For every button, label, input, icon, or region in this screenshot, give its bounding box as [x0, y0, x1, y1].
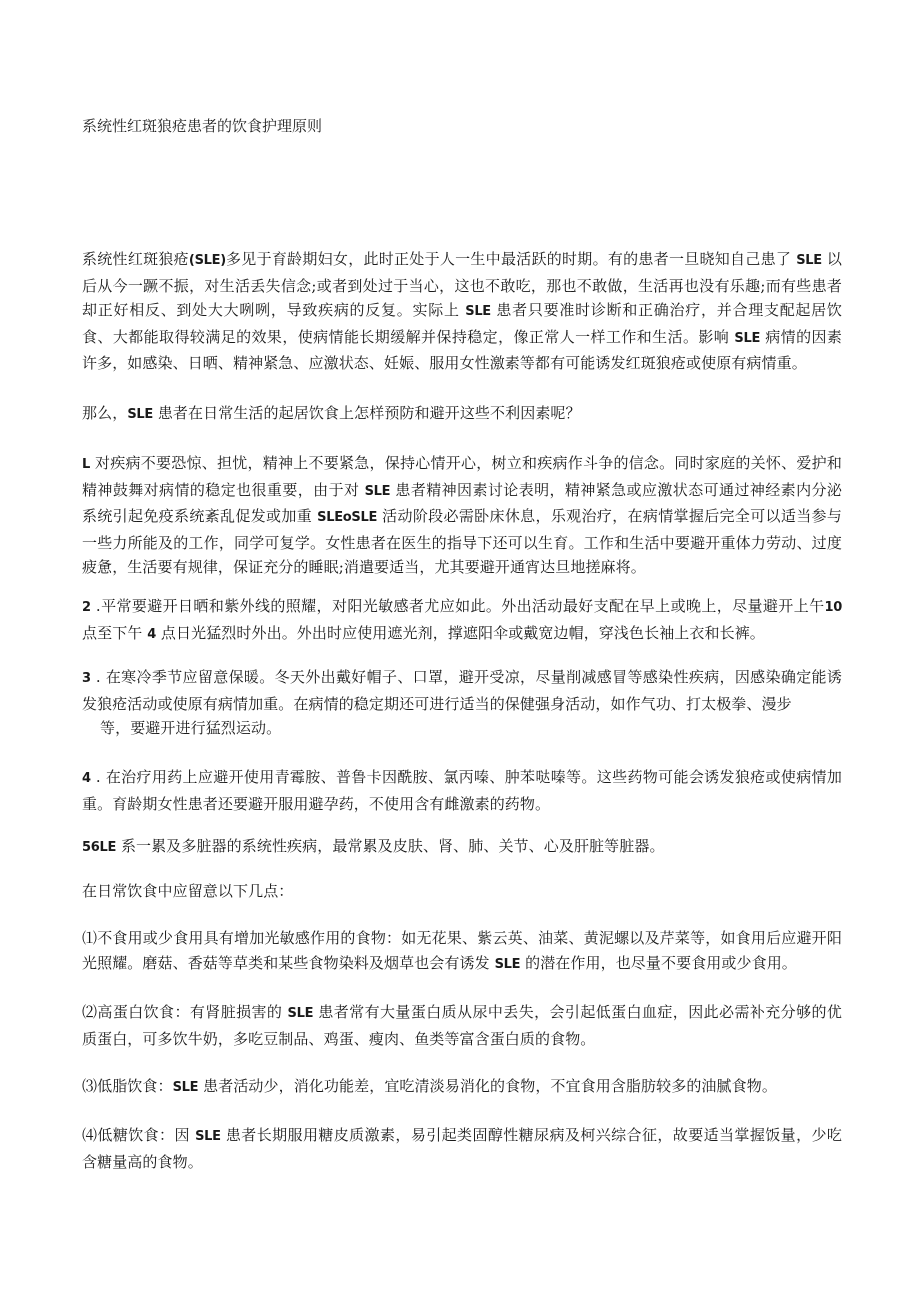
bold-term: 10 [825, 600, 843, 615]
text: ⑷低糖饮食：因 [82, 1126, 190, 1144]
list-number: L [82, 457, 90, 472]
text: 等，要避开进行猛烈运动。 [82, 716, 842, 741]
paragraph-item-5: 56LE 系一累及多脏器的系统性疾病，最常累及皮肤、肾、肺、关节、心及肝脏等脏器… [82, 834, 842, 861]
bold-term: SLE [465, 304, 491, 319]
list-number: 4 [82, 771, 91, 786]
text: ⑶低脂饮食： [82, 1077, 173, 1095]
bold-term: SLEoSLE [317, 510, 377, 525]
bold-term: 4 [147, 627, 156, 642]
paragraph-diet-intro: 在日常饮食中应留意以下几点： [82, 879, 842, 904]
text: 患者活动少，消化功能差，宜吃清淡易消化的食物，不宜食用含脂肪较多的油腻食物。 [203, 1077, 777, 1095]
bold-term: SLE [288, 1006, 314, 1021]
list-number: 3 [82, 671, 91, 686]
bold-term: (SLE) [189, 253, 226, 268]
text: 患者在日常生活的起居饮食上怎样预防和避开这些不利因素呢？ [158, 404, 581, 422]
paragraph-item-2: 2 .平常要避开日晒和紫外线的照耀，对阳光敏感者尤应如此。外出活动最好支配在早上… [82, 594, 842, 647]
list-number: 56LE [82, 840, 116, 855]
bold-term: SLE [495, 957, 521, 972]
text: 多见于育龄期妇女，此时正处于人一生中最活跃的时期。有的患者一旦晓知自己患了 [226, 250, 791, 268]
paragraph-item-1: L 对疾病不要恐惊、担忧，精神上不要紧急，保持心情开心，树立和疾病作斗争的信念。… [82, 451, 842, 580]
text: 系一累及多脏器的系统性疾病，最常累及皮肤、肾、肺、关节、心及肝脏等脏器。 [121, 837, 665, 855]
text: . 在寒冷季节应留意保暖。冬天外出戴好帽子、口罩，避开受凉，尽量削减感冒等感染性… [82, 668, 842, 713]
text: 系统性红斑狼疮 [82, 250, 189, 268]
bold-term: SLE [796, 253, 822, 268]
paragraph-item-3: 3 . 在寒冷季节应留意保暖。冬天外出戴好帽子、口罩，避开受凉，尽量削减感冒等感… [82, 665, 842, 741]
text: 的潜在作用，也尽量不要食用或少食用。 [525, 954, 797, 972]
list-number: 2 [82, 600, 91, 615]
bold-term: SLE [173, 1080, 199, 1095]
text: 在日常饮食中应留意以下几点： [82, 882, 293, 900]
paragraph-diet-2: ⑵高蛋白饮食：有肾脏损害的 SLE 患者常有大量蛋白质从尿中丢失，会引起低蛋白血… [82, 1000, 842, 1051]
bold-term: SLE [734, 331, 760, 346]
paragraph-item-4: 4 . 在治疗用药上应避开使用青霉胺、普鲁卡因酰胺、氯丙嗪、肿苯哒嗪等。这些药物… [82, 765, 842, 816]
bold-term: SLE [365, 484, 391, 499]
bold-term: SLE [127, 407, 153, 422]
text: 点至下午 [82, 624, 142, 642]
text: 点日光猛烈时外出。外出时应使用遮光剂，撑遮阳伞或戴宽边帽，穿浅色长袖上衣和长裤。 [161, 624, 765, 642]
paragraph-question: 那么，SLE 患者在日常生活的起居饮食上怎样预防和避开这些不利因素呢？ [82, 401, 842, 428]
paragraph-diet-1: ⑴不食用或少食用具有增加光敏感作用的食物：如无花果、紫云英、油菜、黄泥螺以及芹菜… [82, 926, 842, 977]
paragraph-diet-4: ⑷低糖饮食：因 SLE 患者长期服用糖皮质激素，易引起类固醇性糖尿病及柯兴综合征… [82, 1123, 842, 1174]
bold-term: SLE [195, 1129, 221, 1144]
text: 那么， [82, 404, 127, 422]
text: . 在治疗用药上应避开使用青霉胺、普鲁卡因酰胺、氯丙嗪、肿苯哒嗪等。这些药物可能… [82, 768, 842, 813]
document-title: 系统性红斑狼疮患者的饮食护理原则 [82, 116, 322, 136]
text: ⑵高蛋白饮食：有肾脏损害的 [82, 1003, 282, 1021]
text: .平常要避开日晒和紫外线的照耀，对阳光敏感者尤应如此。外出活动最好支配在早上或晚… [91, 597, 825, 615]
paragraph-intro: 系统性红斑狼疮(SLE)多见于育龄期妇女，此时正处于人一生中最活跃的时期。有的患… [82, 247, 842, 376]
paragraph-diet-3: ⑶低脂饮食：SLE 患者活动少，消化功能差，宜吃清淡易消化的食物，不宜食用含脂肪… [82, 1074, 842, 1101]
